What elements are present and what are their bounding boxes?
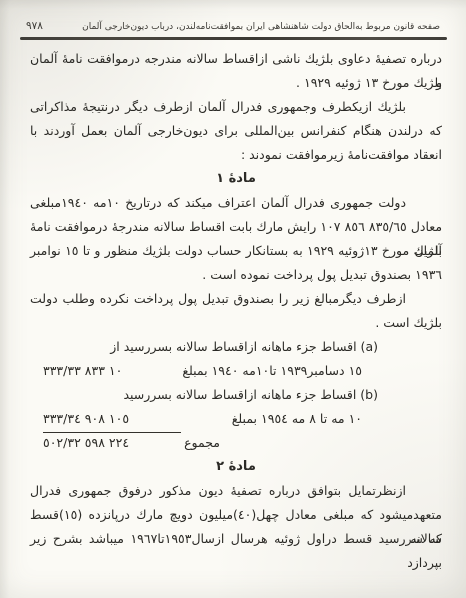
- text-line: بلژیك ازیكطرف وجمهوری فدرال آلمان ازطرف …: [30, 95, 442, 119]
- running-header: صفحه قانون مربوط به‌الحاق دولت شاهنشاهی …: [0, 0, 466, 32]
- text-line: (a) اقساط جزء ماهانه ازاقساط سالانه بسرر…: [30, 335, 442, 359]
- page-number: ٩٧٨: [26, 20, 49, 32]
- running-title: صفحه قانون مربوط به‌الحاق دولت شاهنشاهی …: [82, 22, 440, 32]
- text-line: ازنظرتمایل بتوافق درباره تصفیهٔ دیون مذك…: [30, 479, 442, 503]
- text-line: انعقاد موافقت‌نامهٔ زیرموافقت نمودند :: [30, 143, 442, 167]
- total-amount: ٢٢٤ ٥٩٨ ٥٠٢/٣٢: [43, 431, 181, 455]
- text-line: دولت جمهوری فدرال آلمان اعتراف میكند كه …: [30, 191, 442, 215]
- document-body: درباره تصفیهٔ دعاوی بلژیك ناشی ازاقساط س…: [0, 40, 466, 551]
- article-heading: مادهٔ ١: [30, 167, 442, 191]
- text-line: متعهدمیشود كه مبلغی معادل چهل(٤٠)میلیون …: [30, 503, 442, 527]
- installment-description: ١٠ مه تا ٨ مه ١٩٥٤ بمبلغ: [232, 407, 442, 431]
- text-line: درباره تصفیهٔ دعاوی بلژیك ناشی ازاقساط س…: [30, 47, 442, 71]
- text-line: بلژیك است .: [30, 311, 442, 335]
- installment-amount-row: ١٠ مه تا ٨ مه ١٩٥٤ بمبلغ١٠٥ ٩٠٨ ٣٣٣/٣٤: [30, 407, 442, 431]
- text-line: بلژیك مورخ ١٣ ژوئیه ١٩٢٩ .: [30, 71, 442, 95]
- text-line: كه درلندن هنگام كنفرانس بین‌المللی برای …: [30, 119, 442, 143]
- text-line: كه سررسید قسط دراول ژوئیه هرسال ازسال١٩٥…: [30, 527, 442, 551]
- scanned-document-page: صفحه قانون مربوط به‌الحاق دولت شاهنشاهی …: [0, 0, 466, 598]
- text-line: ازطرف دیگرمبالغ زیر را بصندوق تبدیل پول …: [30, 287, 442, 311]
- text-line: (b) اقساط جزء ماهانه ازاقساط سالانه بسرر…: [30, 383, 442, 407]
- amount-value: ١٠ ٨٣٣ ٣٣٣/٣٣: [43, 359, 181, 383]
- amount-value: ١٠٥ ٩٠٨ ٣٣٣/٣٤: [43, 407, 181, 433]
- text-line: معادل ١٠٧ ٨٥٦ ٨٣٥/٦٥ رایش مارك بابت اقسا…: [30, 215, 442, 239]
- total-label: مجموع: [184, 431, 442, 455]
- installment-description: ١٥ دسامبر١٩٣٩ تا١٠مه ١٩٤٠ بمبلغ: [182, 359, 442, 383]
- total-row: مجموع٢٢٤ ٥٩٨ ٥٠٢/٣٢: [30, 431, 442, 455]
- article-heading: مادهٔ ٢: [30, 455, 442, 479]
- installment-amount-row: ١٥ دسامبر١٩٣٩ تا١٠مه ١٩٤٠ بمبلغ١٠ ٨٣٣ ٣٣…: [30, 359, 442, 383]
- text-line: ١٩٣٦ بصندوق تبدیل پول پرداخت نموده است .: [30, 263, 442, 287]
- text-line: بلژیك مورخ ١٣ژوئیه ١٩٢٩ به بستانكار حساب…: [30, 239, 442, 263]
